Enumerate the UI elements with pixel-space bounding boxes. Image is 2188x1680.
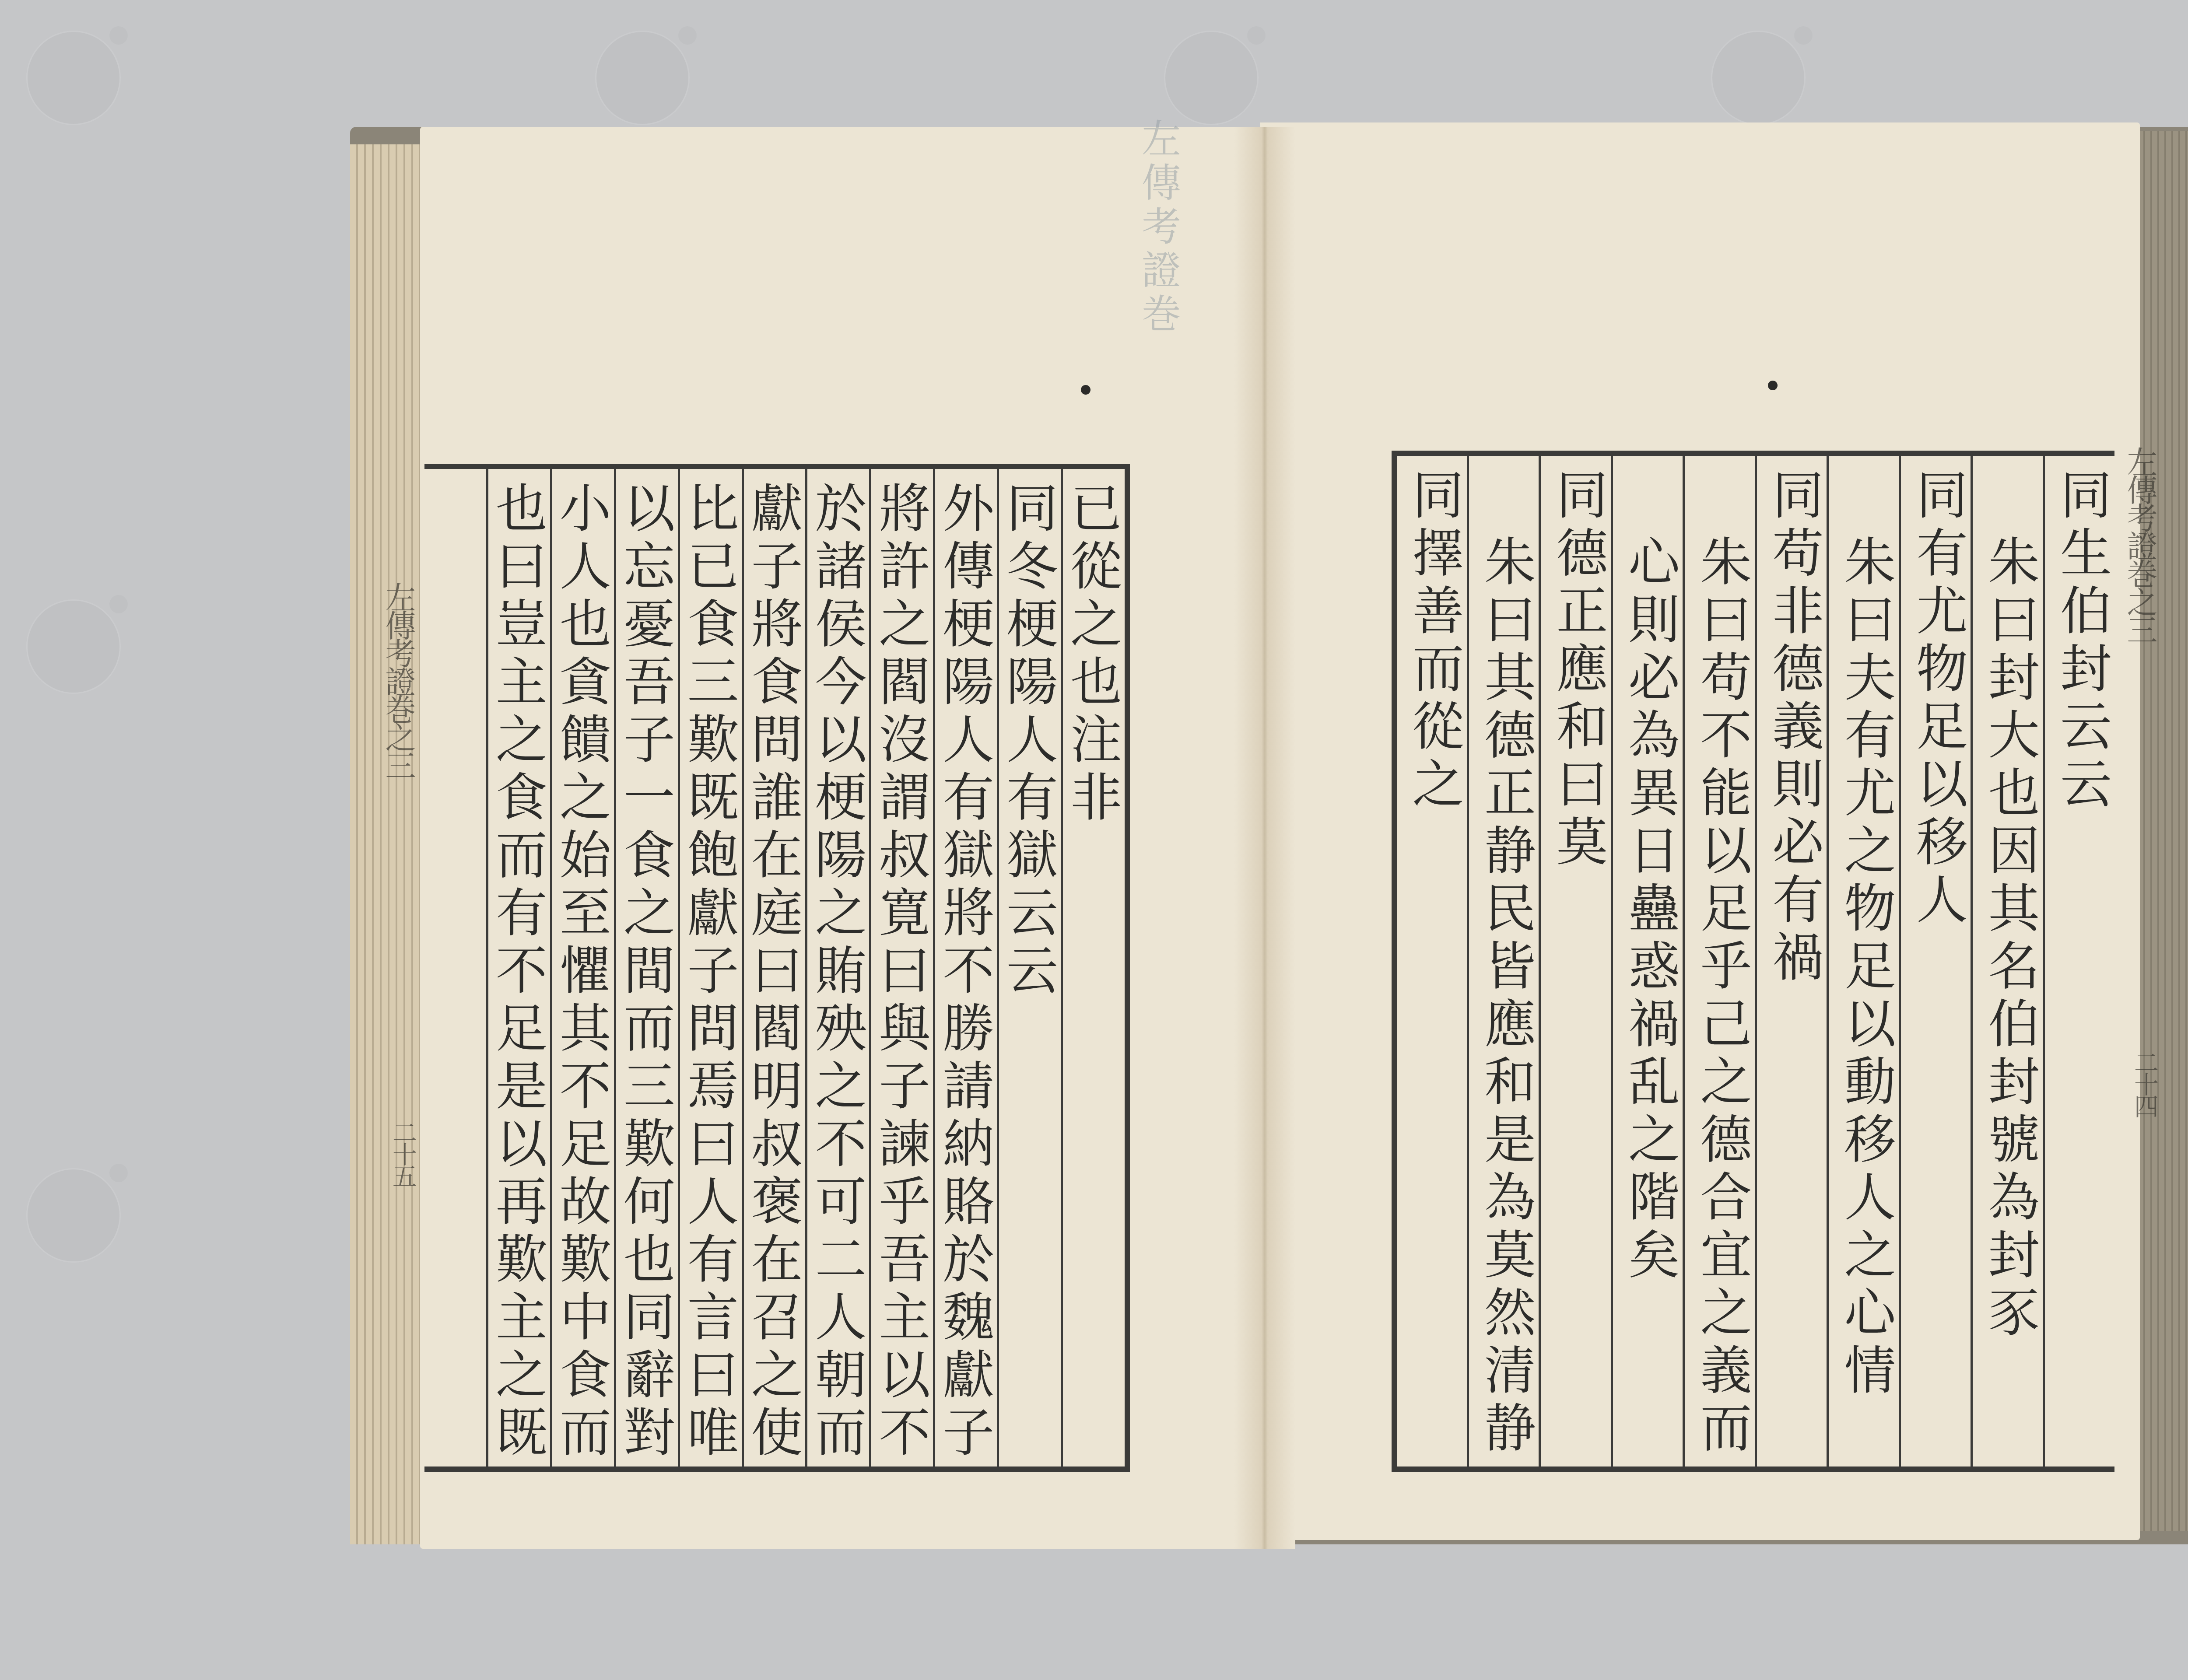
watermark-circle-icon — [26, 1168, 121, 1263]
commentary-column: 朱曰苟不能以足乎己之德合宜之義而自制其 — [1683, 456, 1755, 1466]
left-page-text-frame: 已從之也注非 同冬梗陽人有獄云云 外傳梗陽人有獄將不勝請納賂於魏獻子獻子 將許之… — [424, 464, 1130, 1472]
left-edge-title: 左傳考證巻之三 — [376, 582, 421, 778]
text-column: 將許之閻沒謂叔寛曰與子諫乎吾主以不賄聞 — [869, 469, 933, 1466]
watermark-dot-icon — [109, 595, 128, 613]
text-column: 同德正應和曰莫 — [1539, 456, 1611, 1466]
text-column: 也曰豈主之食而有不足是以再歎主之既食願 — [486, 469, 550, 1466]
watermark-logo — [0, 0, 131, 131]
text-column: 比已食三歎既飽獻子問焉曰人有言曰唯食可 — [678, 469, 742, 1466]
text-column: 同苟非德義則必有禍 — [1755, 456, 1827, 1466]
watermark-dot-icon — [1247, 26, 1266, 45]
right-edge-page-number: 二十四 — [2127, 1050, 2162, 1116]
commentary-column: 朱曰其德正静民皆應和是為莫然清静 — [1467, 456, 1539, 1466]
left-edge-page-number: 二十五 — [385, 1120, 420, 1186]
commentary-column: 朱曰封大也因其名伯封號為封豕 — [1971, 456, 2043, 1466]
watermark-circle-icon — [26, 599, 121, 694]
text-column: 獻子將食問誰在庭曰閻明叔褒在召之使佐食 — [742, 469, 806, 1466]
text-column: 外傳梗陽人有獄將不勝請納賂於魏獻子獻子 — [933, 469, 997, 1466]
page-marker-dot — [1768, 381, 1778, 390]
bleed-through-text: 左傳考證巻 — [1129, 118, 1186, 337]
watermark-logo — [0, 1137, 131, 1269]
text-column: 以忘憂吾子一食之間而三歎何也同辭對曰吾 — [614, 469, 678, 1466]
book-gutter — [1234, 127, 1295, 1549]
watermark-dot-icon — [109, 26, 128, 45]
watermark-circle-icon — [595, 31, 690, 125]
text-column: 同擇善而從之 — [1397, 456, 1467, 1466]
watermark-dot-icon — [678, 26, 697, 45]
text-column: 同有尤物足以移人 — [1899, 456, 1971, 1466]
watermark-logo — [1138, 0, 1269, 131]
watermark-logo — [569, 0, 700, 131]
empty-column — [424, 469, 486, 1466]
text-column: 小人也貪饋之始至懼其不足故歎中食而自咎 — [550, 469, 614, 1466]
page-marker-dot — [1081, 385, 1090, 395]
watermark-dot-icon — [109, 1164, 128, 1182]
text-column: 已從之也注非 — [1061, 469, 1125, 1466]
commentary-column: 朱曰夫有尤之物足以動移人之心情 — [1827, 456, 1899, 1466]
commentary-column: 心則必為異日蠱惑禍乱之階矣 — [1611, 456, 1683, 1466]
text-column: 同冬梗陽人有獄云云 — [997, 469, 1061, 1466]
watermark-circle-icon — [1711, 31, 1806, 125]
watermark-circle-icon — [1164, 31, 1259, 125]
watermark-circle-icon — [26, 31, 121, 125]
text-column: 同生伯封云云 — [2043, 456, 2115, 1466]
watermark-dot-icon — [1794, 26, 1813, 45]
text-column: 於諸侯今以梗陽之賄殃之不可二人朝而不退 — [805, 469, 869, 1466]
right-page-text-frame: 同生伯封云云 朱曰封大也因其名伯封號為封豕 同有尤物足以移人 朱曰夫有尤之物足以… — [1392, 451, 2114, 1472]
right-edge-title: 左傳考證巻之三 — [2118, 446, 2162, 642]
watermark-logo — [1685, 0, 1816, 131]
watermark-logo — [0, 569, 131, 700]
